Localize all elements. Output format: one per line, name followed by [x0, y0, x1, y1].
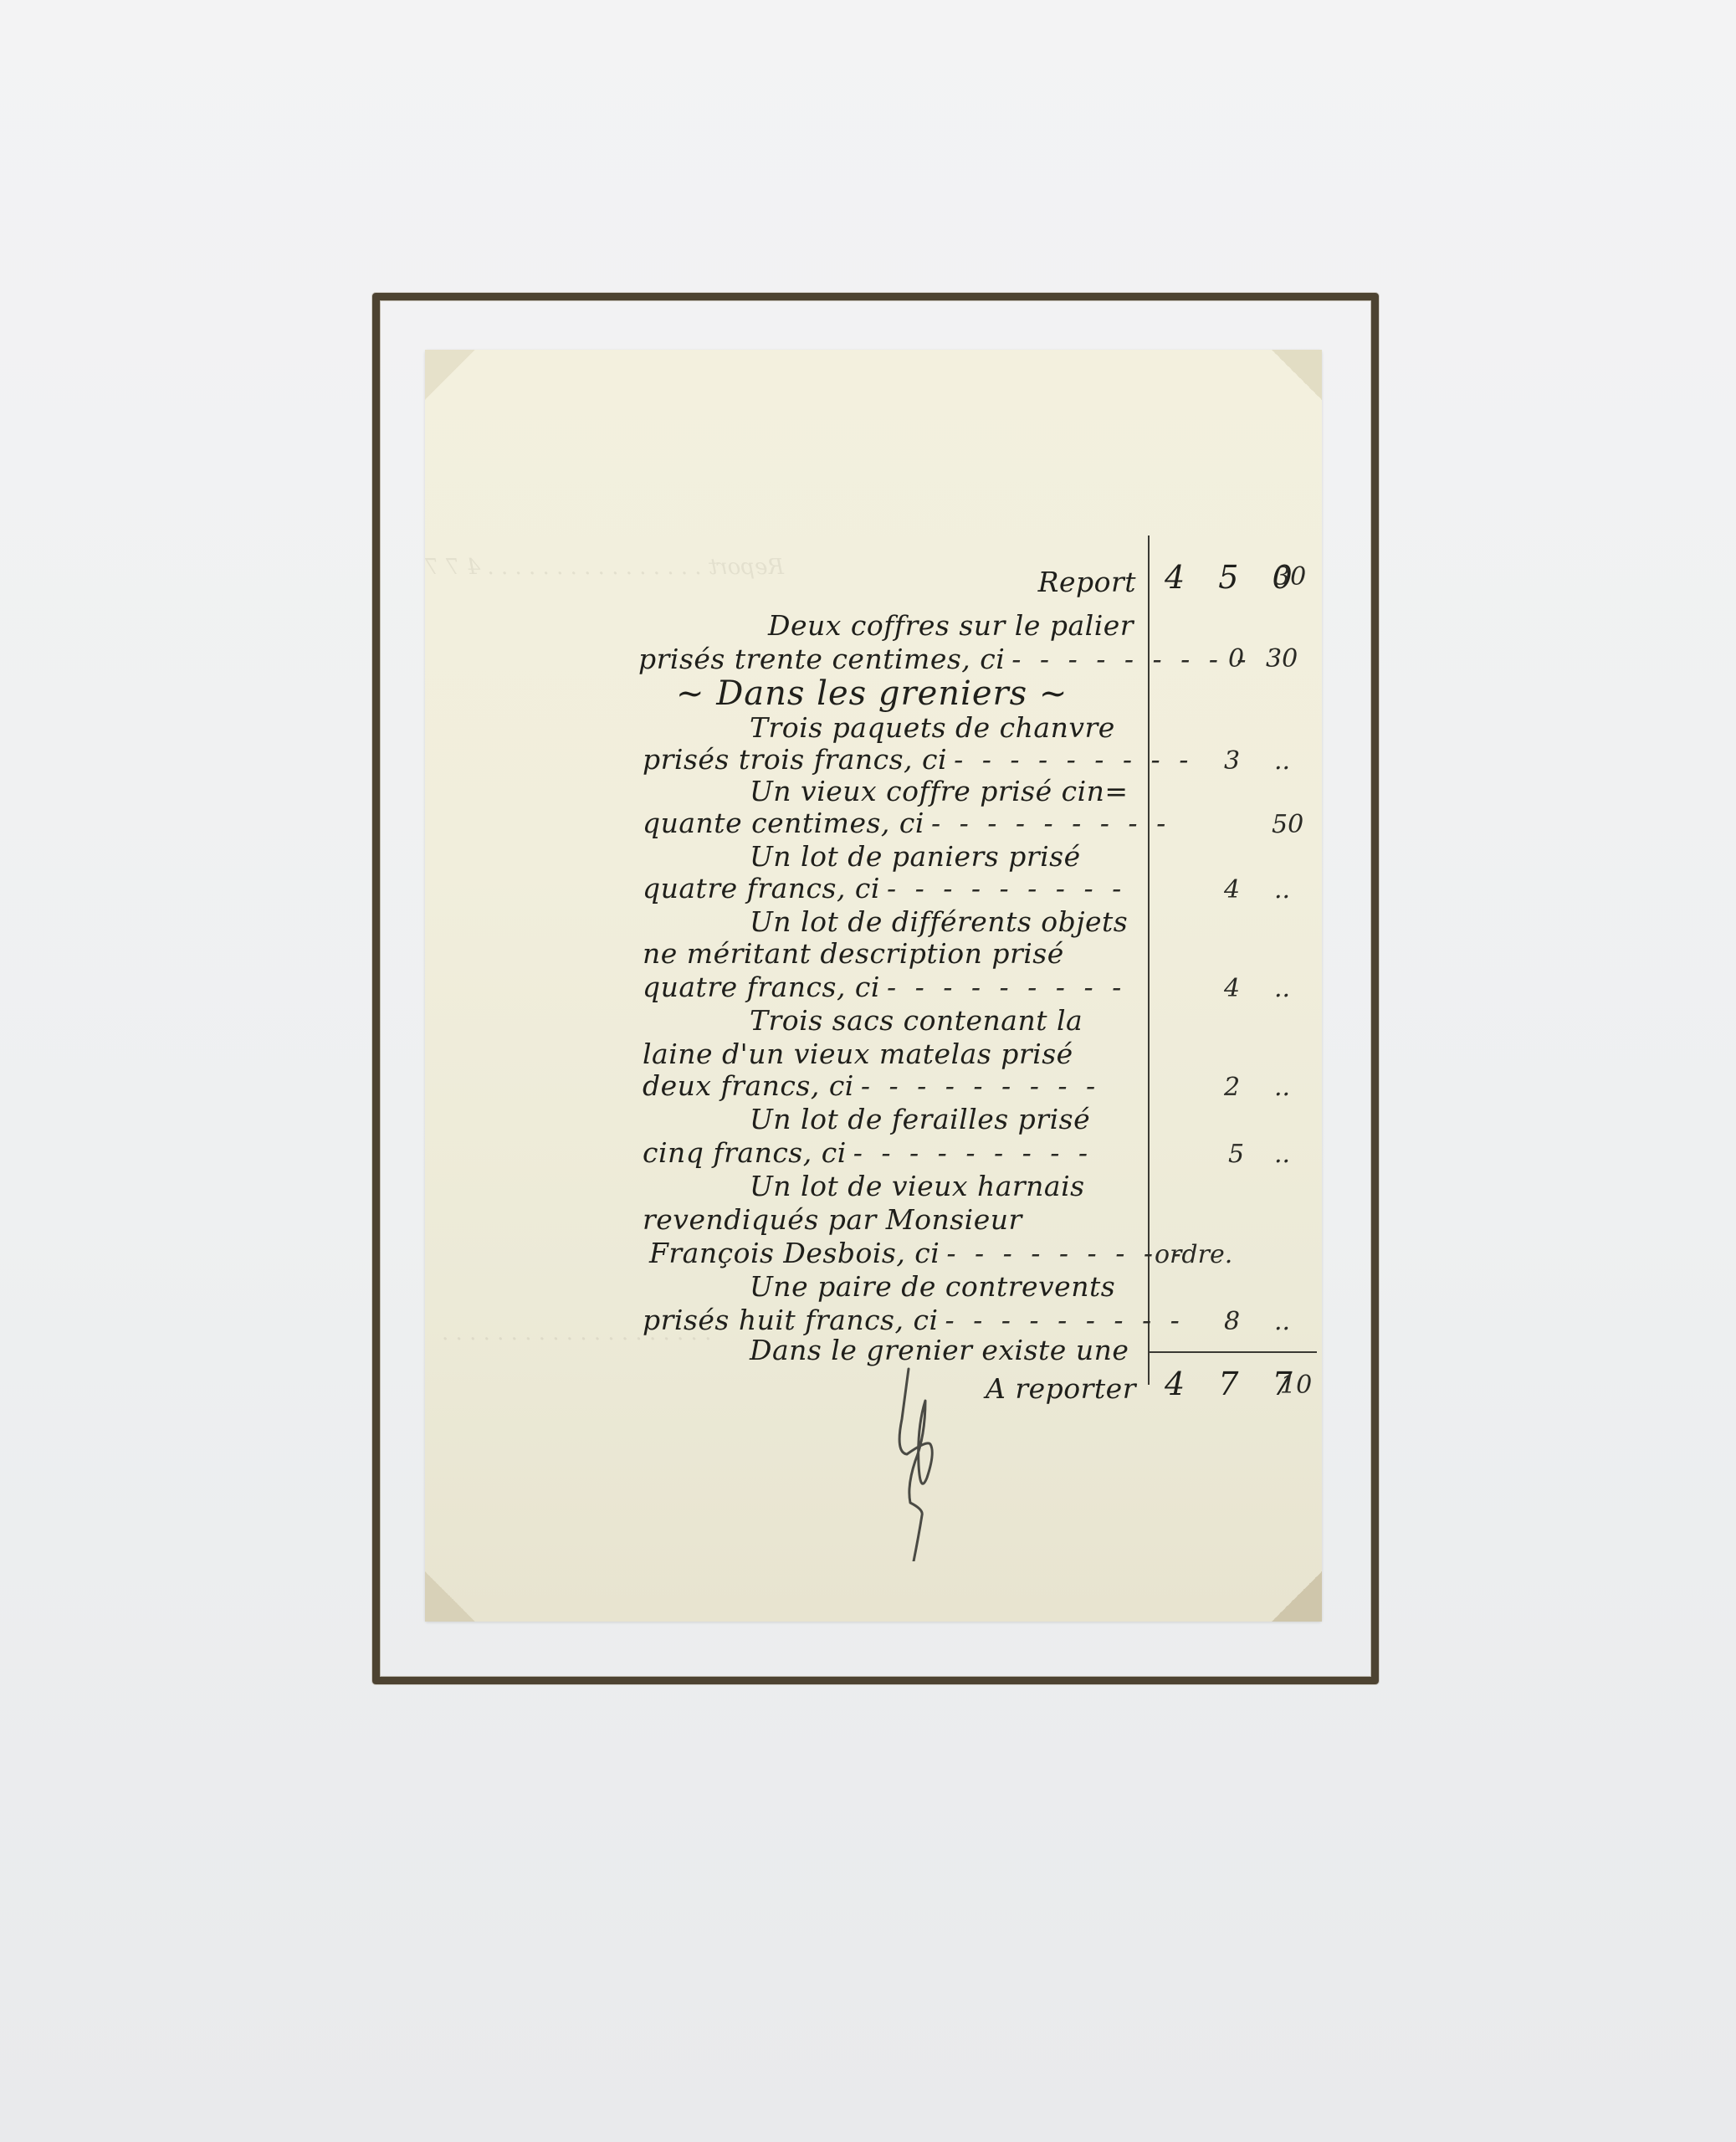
entry-line: prisés huit francs, ci- - - - - - - - -	[643, 1304, 1185, 1336]
entry-text: prisés huit francs, ci	[643, 1304, 939, 1336]
amount-centimes: ..	[1274, 1073, 1290, 1102]
entry-line: François Desbois, ci- - - - - - - - -	[649, 1237, 1186, 1269]
mat-board: Report . . . . . . . . . . . . . . . . 4…	[0, 0, 1736, 2142]
entry-line: Deux coffres sur le palier	[768, 609, 1134, 642]
entry-text: cinq francs, ci	[643, 1136, 847, 1169]
entry-line: quante centimes, ci- - - - - - - - -	[643, 807, 1170, 839]
photo-corner	[425, 350, 475, 400]
dash-leader: - - - - - - - - -	[861, 1069, 1100, 1102]
entry-line: quatre francs, ci- - - - - - - - -	[643, 872, 1126, 904]
photo-corner	[1272, 1571, 1322, 1622]
photo-corner	[1272, 350, 1322, 400]
entry-line: prisés trente centimes, ci- - - - - - - …	[638, 643, 1252, 675]
signature-icon	[877, 1361, 952, 1561]
amount-francs: 3	[1224, 746, 1240, 776]
dash-leader: - - - - - - - - -	[954, 743, 1193, 776]
report-label: Report	[1038, 566, 1136, 598]
entry-line: Une paire de contrevents	[750, 1270, 1115, 1303]
section-heading: ~ Dans les greniers ~	[676, 674, 1068, 713]
dash-leader: - - - - - - - - -	[931, 807, 1170, 839]
dash-leader: - - - - - - - - -	[887, 971, 1126, 1003]
entry-line: deux francs, ci- - - - - - - - -	[643, 1069, 1100, 1102]
amount-centimes: ..	[1274, 974, 1290, 1003]
carry-forward-centimes: 10	[1280, 1371, 1312, 1400]
entry-line: Un lot de paniers prisé	[750, 840, 1081, 873]
dash-leader: - - - - - - - - -	[1011, 643, 1251, 675]
report-centimes: 30	[1274, 562, 1306, 592]
carry-forward-label: A reporter	[986, 1372, 1136, 1405]
total-rule	[1150, 1351, 1317, 1353]
document-page: Report . . . . . . . . . . . . . . . . 4…	[425, 350, 1322, 1622]
entry-line: prisés trois francs, ci- - - - - - - - -	[643, 743, 1193, 776]
dash-leader: - - - - - - - - -	[945, 1304, 1185, 1336]
entry-line: Un lot de différents objets	[750, 905, 1128, 938]
entry-line: quatre francs, ci- - - - - - - - -	[643, 971, 1126, 1003]
entry-text: prisés trois francs, ci	[643, 743, 947, 776]
entry-text: quatre francs, ci	[643, 872, 880, 904]
entry-text: quante centimes, ci	[643, 807, 924, 839]
entry-text: prisés trente centimes, ci	[638, 643, 1005, 675]
entry-text: François Desbois, ci	[649, 1237, 940, 1269]
amount-francs: 2	[1224, 1073, 1240, 1102]
entry-line: Un lot de ferailles prisé	[750, 1103, 1090, 1135]
amount-francs: 8	[1224, 1307, 1240, 1336]
entry-line: cinq francs, ci- - - - - - - - -	[643, 1136, 1093, 1169]
amount-francs: 4	[1224, 974, 1240, 1003]
entry-text: quatre francs, ci	[643, 971, 880, 1003]
entry-line: Trois sacs contenant la	[750, 1004, 1083, 1037]
entry-line: Un lot de vieux harnais	[750, 1170, 1085, 1202]
entry-text: deux francs, ci	[643, 1069, 854, 1102]
amount-centimes: ..	[1274, 746, 1290, 776]
amount-centimes: ..	[1274, 875, 1290, 904]
bleed-through-text: Report . . . . . . . . . . . . . . . . 4…	[425, 555, 784, 580]
dash-leader: - - - - - - - - -	[853, 1136, 1093, 1169]
dash-leader: - - - - - - - - -	[887, 872, 1126, 904]
photo-corner	[425, 1571, 475, 1622]
amount-centimes: ..	[1274, 1307, 1290, 1336]
amount-note: ordre.	[1155, 1240, 1232, 1269]
amount-centimes: 50	[1272, 810, 1303, 839]
amount-francs: 4	[1224, 875, 1240, 904]
entry-line: Trois paquets de chanvre	[750, 711, 1115, 744]
entry-line: Un vieux coffre prisé cin=	[750, 775, 1129, 807]
amount-francs: 5	[1228, 1140, 1244, 1169]
entry-line: revendiqués par Monsieur	[643, 1203, 1022, 1236]
amount-centimes: ..	[1274, 1140, 1290, 1169]
amount-centimes: 30	[1266, 644, 1298, 674]
dash-leader: - - - - - - - - -	[946, 1237, 1185, 1269]
entry-line: laine d'un vieux matelas prisé	[643, 1038, 1073, 1070]
entry-line: ne méritant description prisé	[643, 937, 1064, 970]
amount-francs: 0	[1228, 644, 1244, 674]
